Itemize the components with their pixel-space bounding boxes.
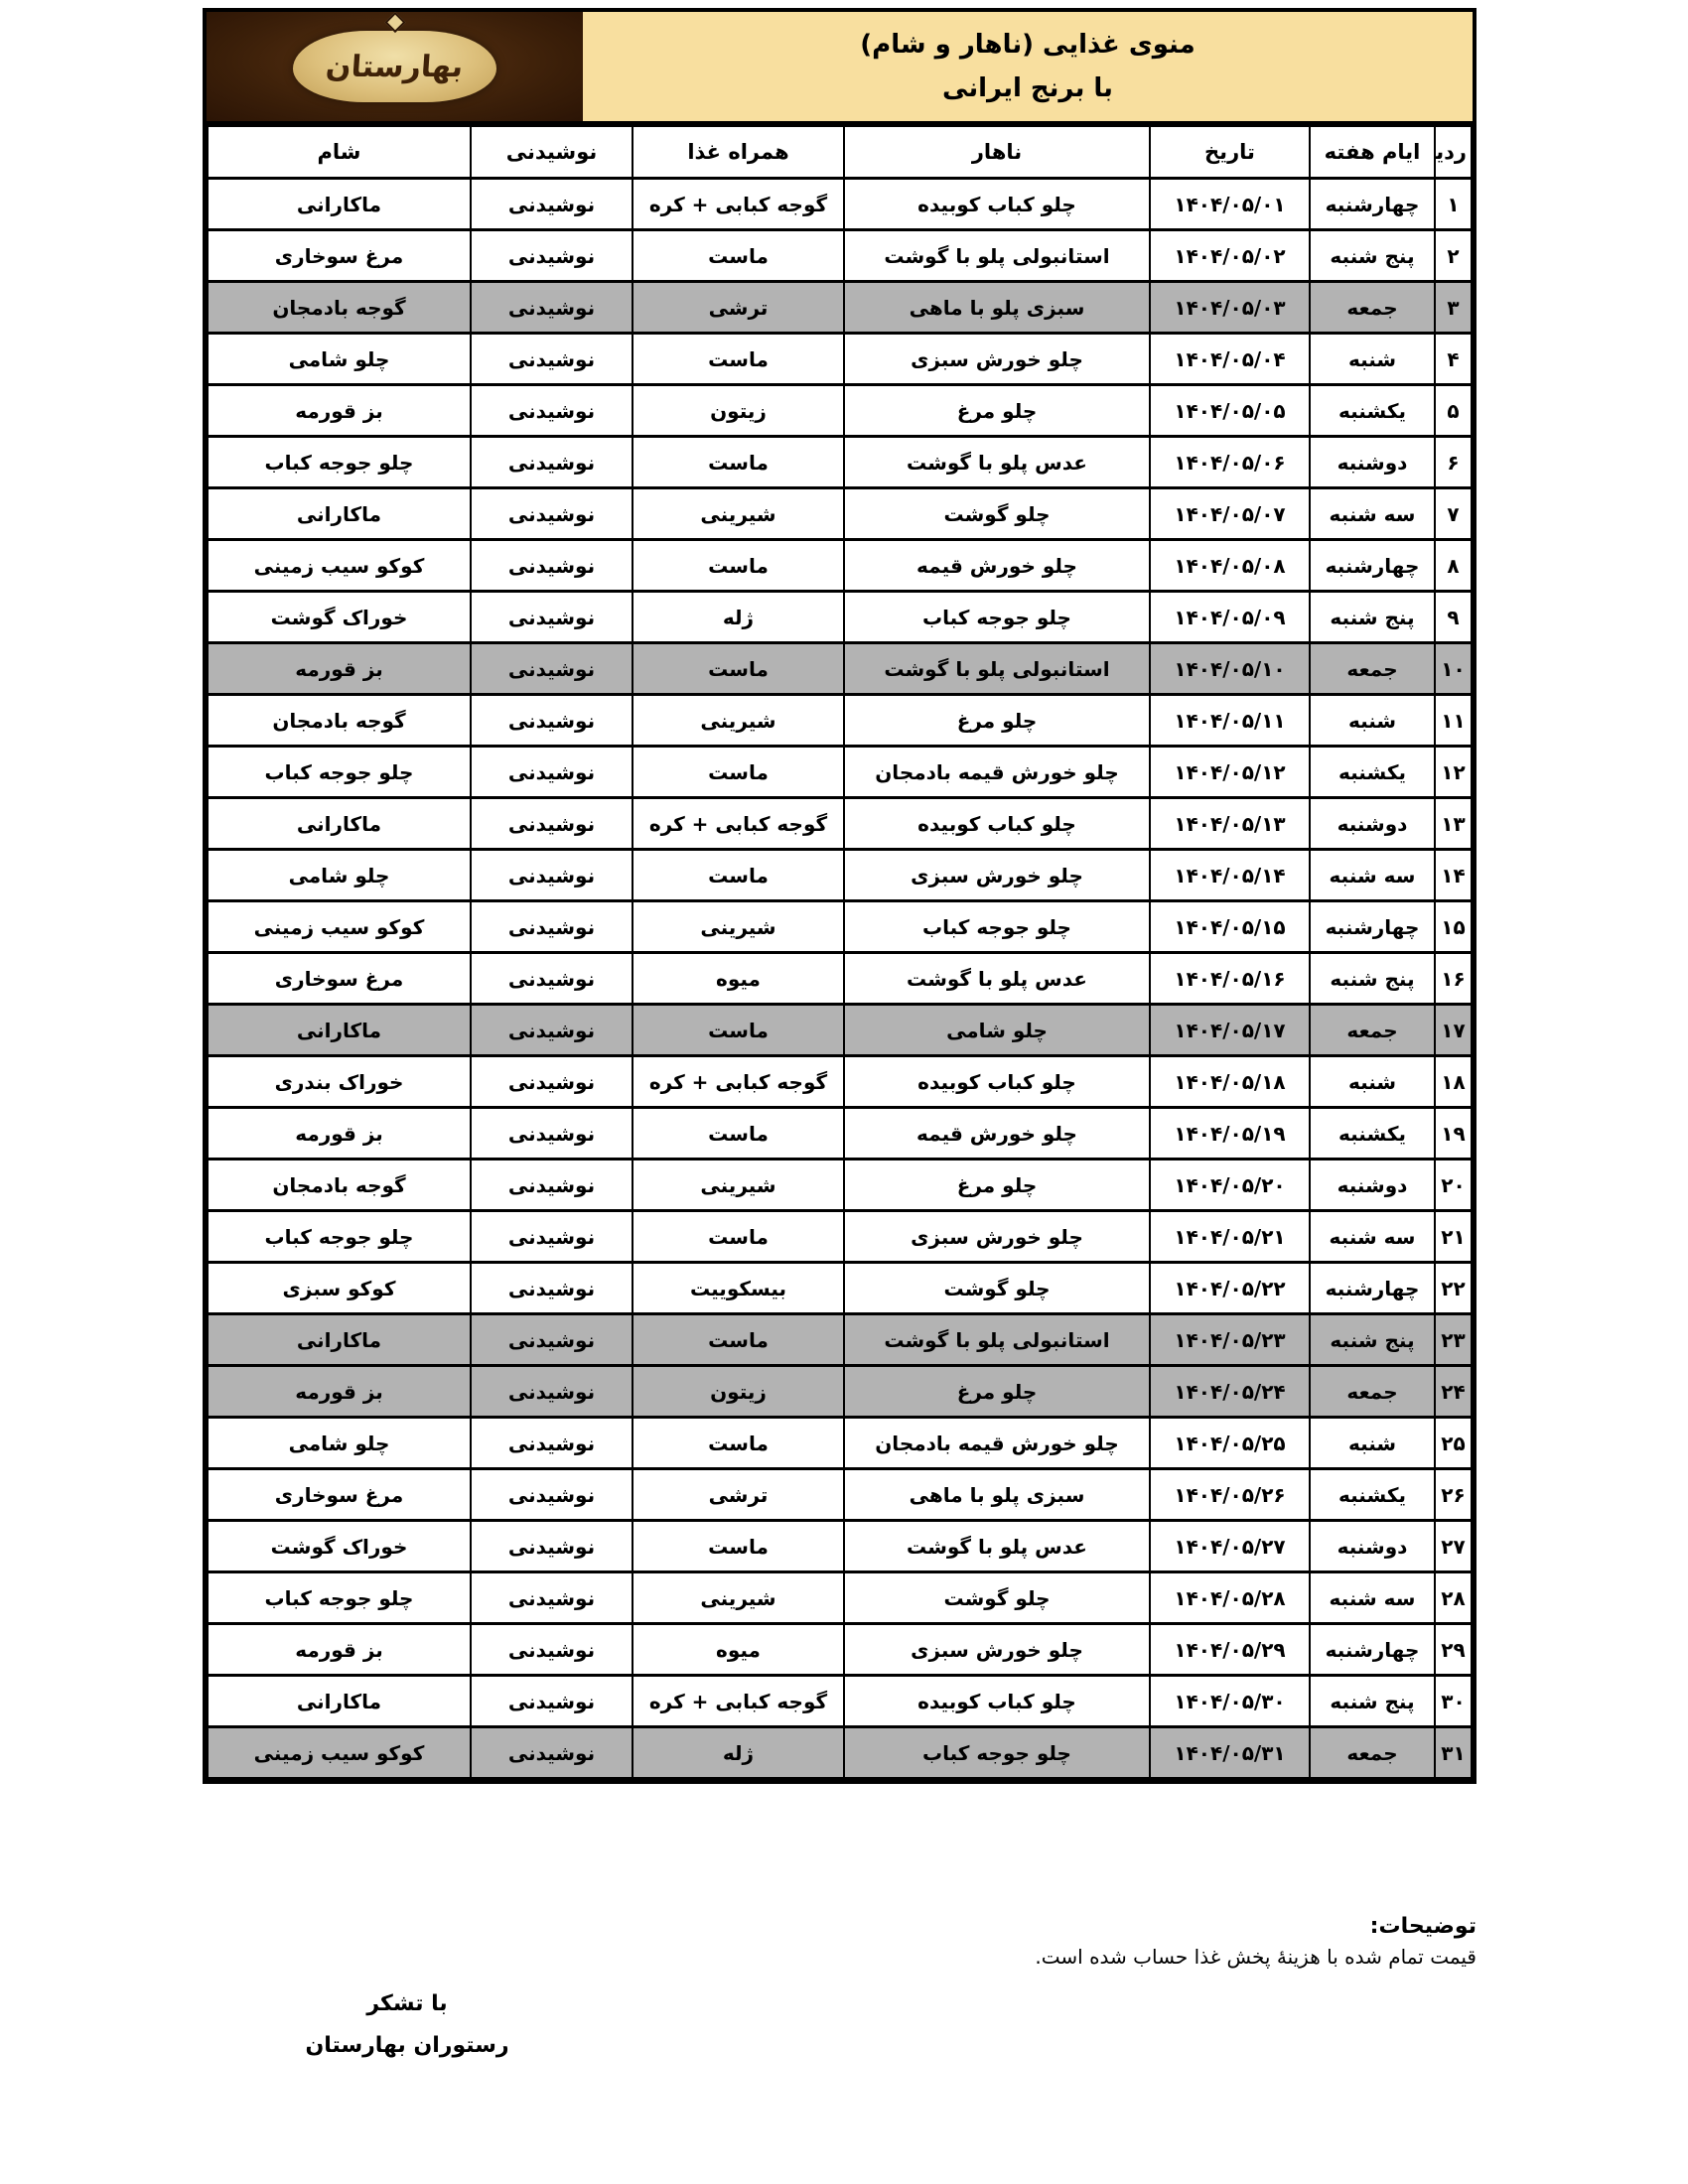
table-row: ۱۹ یکشنبه ۱۴۰۴/۰۵/۱۹ چلو خورش قیمه ماست …: [208, 1108, 1472, 1160]
col-header-lunch: ناهار: [844, 126, 1150, 179]
col-header-dinner: شام: [208, 126, 471, 179]
table-row: ۱۱ شنبه ۱۴۰۴/۰۵/۱۱ چلو مرغ شیرینی نوشیدن…: [208, 695, 1472, 747]
menu-title-line1: منوی غذایی (ناهار و شام): [860, 30, 1195, 60]
cell-drink: نوشیدنی: [471, 1572, 633, 1624]
cell-dinner: مرغ سوخاری: [208, 1469, 471, 1521]
cell-lunch: چلو خورش قیمه بادمجان: [844, 747, 1150, 798]
cell-weekday: پنج شنبه: [1310, 953, 1435, 1005]
col-header-weekday: ایام هفته: [1310, 126, 1435, 179]
table-row: ۲۷ دوشنبه ۱۴۰۴/۰۵/۲۷ عدس پلو با گوشت ماس…: [208, 1521, 1472, 1572]
cell-drink: نوشیدنی: [471, 592, 633, 643]
table-row: ۱۶ پنج شنبه ۱۴۰۴/۰۵/۱۶ عدس پلو با گوشت م…: [208, 953, 1472, 1005]
cell-row-number: ۶: [1435, 437, 1472, 488]
cell-row-number: ۷: [1435, 488, 1472, 540]
cell-lunch: چلو جوجه کباب: [844, 592, 1150, 643]
cell-date: ۱۴۰۴/۰۵/۲۸: [1150, 1572, 1310, 1624]
table-row: ۳۱ جمعه ۱۴۰۴/۰۵/۳۱ چلو جوجه کباب ژله نوش…: [208, 1727, 1472, 1779]
table-row: ۱ چهارشنبه ۱۴۰۴/۰۵/۰۱ چلو کباب کوبیده گو…: [208, 179, 1472, 230]
cell-side-dish: ماست: [633, 1521, 844, 1572]
cell-lunch: چلو خورش قیمه: [844, 540, 1150, 592]
cell-dinner: چلو جوجه کباب: [208, 1211, 471, 1263]
cell-dinner: کوکو سبزی: [208, 1263, 471, 1314]
cell-date: ۱۴۰۴/۰۵/۰۴: [1150, 334, 1310, 385]
table-row: ۲۱ سه شنبه ۱۴۰۴/۰۵/۲۱ چلو خورش سبزی ماست…: [208, 1211, 1472, 1263]
cell-side-dish: ماست: [633, 540, 844, 592]
cell-lunch: عدس پلو با گوشت: [844, 437, 1150, 488]
cell-date: ۱۴۰۴/۰۵/۱۶: [1150, 953, 1310, 1005]
menu-title: منوی غذایی (ناهار و شام) با برنج ایرانی: [583, 12, 1473, 121]
cell-lunch: چلو جوجه کباب: [844, 901, 1150, 953]
cell-date: ۱۴۰۴/۰۵/۲۳: [1150, 1314, 1310, 1366]
cell-lunch: چلو کباب کوبیده: [844, 179, 1150, 230]
cell-side-dish: شیرینی: [633, 695, 844, 747]
table-row: ۸ چهارشنبه ۱۴۰۴/۰۵/۰۸ چلو خورش قیمه ماست…: [208, 540, 1472, 592]
cell-side-dish: شیرینی: [633, 488, 844, 540]
cell-lunch: چلو مرغ: [844, 385, 1150, 437]
cell-dinner: بز قورمه: [208, 643, 471, 695]
cell-date: ۱۴۰۴/۰۵/۱۴: [1150, 850, 1310, 901]
cell-dinner: ماکارانی: [208, 179, 471, 230]
cell-lunch: چلو گوشت: [844, 1572, 1150, 1624]
cell-weekday: پنج شنبه: [1310, 592, 1435, 643]
cell-drink: نوشیدنی: [471, 1521, 633, 1572]
table-row: ۱۳ دوشنبه ۱۴۰۴/۰۵/۱۳ چلو کباب کوبیده گوج…: [208, 798, 1472, 850]
cell-drink: نوشیدنی: [471, 385, 633, 437]
cell-date: ۱۴۰۴/۰۵/۳۱: [1150, 1727, 1310, 1779]
cell-lunch: چلو خورش قیمه: [844, 1108, 1150, 1160]
cell-row-number: ۱۶: [1435, 953, 1472, 1005]
page: { "banner": { "title_line1": "منوی غذایی…: [0, 0, 1688, 2184]
cell-side-dish: ماست: [633, 747, 844, 798]
cell-drink: نوشیدنی: [471, 1676, 633, 1727]
cell-side-dish: ماست: [633, 1314, 844, 1366]
table-row: ۲۴ جمعه ۱۴۰۴/۰۵/۲۴ چلو مرغ زیتون نوشیدنی…: [208, 1366, 1472, 1418]
notes-label: توضیحات:: [1035, 1914, 1477, 1939]
cell-drink: نوشیدنی: [471, 643, 633, 695]
cell-lunch: چلو خورش قیمه بادمجان: [844, 1418, 1150, 1469]
menu-document: منوی غذایی (ناهار و شام) با برنج ایرانی …: [203, 8, 1477, 1784]
cell-weekday: پنج شنبه: [1310, 1314, 1435, 1366]
cell-dinner: ماکارانی: [208, 1314, 471, 1366]
cell-dinner: گوجه بادمجان: [208, 695, 471, 747]
cell-dinner: بز قورمه: [208, 1624, 471, 1676]
cell-dinner: کوکو سیب زمینی: [208, 1727, 471, 1779]
cell-dinner: بز قورمه: [208, 1366, 471, 1418]
cell-side-dish: ماست: [633, 230, 844, 282]
restaurant-logo: بهارستان: [207, 12, 583, 121]
cell-side-dish: ماست: [633, 1211, 844, 1263]
cell-side-dish: ترشی: [633, 282, 844, 334]
cell-drink: نوشیدنی: [471, 1727, 633, 1779]
cell-side-dish: شیرینی: [633, 1572, 844, 1624]
cell-date: ۱۴۰۴/۰۵/۳۰: [1150, 1676, 1310, 1727]
cell-weekday: چهارشنبه: [1310, 1624, 1435, 1676]
cell-weekday: جمعه: [1310, 1727, 1435, 1779]
table-row: ۲۳ پنج شنبه ۱۴۰۴/۰۵/۲۳ استانبولی پلو با …: [208, 1314, 1472, 1366]
cell-dinner: مرغ سوخاری: [208, 953, 471, 1005]
cell-date: ۱۴۰۴/۰۵/۲۷: [1150, 1521, 1310, 1572]
cell-lunch: چلو شامی: [844, 1005, 1150, 1056]
cell-weekday: پنج شنبه: [1310, 1676, 1435, 1727]
cell-row-number: ۱: [1435, 179, 1472, 230]
cell-side-dish: شیرینی: [633, 901, 844, 953]
cell-row-number: ۱۳: [1435, 798, 1472, 850]
cell-side-dish: زیتون: [633, 1366, 844, 1418]
cell-row-number: ۲۶: [1435, 1469, 1472, 1521]
cell-lunch: چلو گوشت: [844, 1263, 1150, 1314]
table-row: ۲۰ دوشنبه ۱۴۰۴/۰۵/۲۰ چلو مرغ شیرینی نوشی…: [208, 1160, 1472, 1211]
table-row: ۵ یکشنبه ۱۴۰۴/۰۵/۰۵ چلو مرغ زیتون نوشیدن…: [208, 385, 1472, 437]
cell-row-number: ۲۵: [1435, 1418, 1472, 1469]
cell-lunch: سبزی پلو با ماهی: [844, 1469, 1150, 1521]
table-row: ۲۸ سه شنبه ۱۴۰۴/۰۵/۲۸ چلو گوشت شیرینی نو…: [208, 1572, 1472, 1624]
cell-drink: نوشیدنی: [471, 1211, 633, 1263]
cell-weekday: دوشنبه: [1310, 437, 1435, 488]
cell-dinner: کوکو سیب زمینی: [208, 540, 471, 592]
cell-dinner: گوجه بادمجان: [208, 282, 471, 334]
cell-row-number: ۵: [1435, 385, 1472, 437]
cell-dinner: خوراک گوشت: [208, 592, 471, 643]
cell-drink: نوشیدنی: [471, 901, 633, 953]
cell-date: ۱۴۰۴/۰۵/۰۵: [1150, 385, 1310, 437]
table-row: ۲۹ چهارشنبه ۱۴۰۴/۰۵/۲۹ چلو خورش سبزی میو…: [208, 1624, 1472, 1676]
cell-dinner: ماکارانی: [208, 798, 471, 850]
cell-row-number: ۲: [1435, 230, 1472, 282]
cell-dinner: ماکارانی: [208, 488, 471, 540]
cell-lunch: چلو گوشت: [844, 488, 1150, 540]
cell-date: ۱۴۰۴/۰۵/۰۲: [1150, 230, 1310, 282]
cell-date: ۱۴۰۴/۰۵/۰۸: [1150, 540, 1310, 592]
cell-side-dish: ژله: [633, 1727, 844, 1779]
cell-lunch: سبزی پلو با ماهی: [844, 282, 1150, 334]
cell-dinner: مرغ سوخاری: [208, 230, 471, 282]
cell-date: ۱۴۰۴/۰۵/۲۴: [1150, 1366, 1310, 1418]
cell-dinner: چلو جوجه کباب: [208, 747, 471, 798]
cell-weekday: چهارشنبه: [1310, 1263, 1435, 1314]
cell-dinner: چلو شامی: [208, 850, 471, 901]
cell-date: ۱۴۰۴/۰۵/۰۶: [1150, 437, 1310, 488]
cell-lunch: چلو مرغ: [844, 1366, 1150, 1418]
cell-drink: نوشیدنی: [471, 334, 633, 385]
cell-date: ۱۴۰۴/۰۵/۱۹: [1150, 1108, 1310, 1160]
col-header-row-number: ردیف: [1435, 126, 1472, 179]
cell-side-dish: ماست: [633, 643, 844, 695]
cell-drink: نوشیدنی: [471, 540, 633, 592]
cell-side-dish: زیتون: [633, 385, 844, 437]
cell-drink: نوشیدنی: [471, 230, 633, 282]
table-row: ۳۰ پنج شنبه ۱۴۰۴/۰۵/۳۰ چلو کباب کوبیده گ…: [208, 1676, 1472, 1727]
cell-drink: نوشیدنی: [471, 1005, 633, 1056]
cell-drink: نوشیدنی: [471, 1160, 633, 1211]
cell-drink: نوشیدنی: [471, 1108, 633, 1160]
cell-row-number: ۲۴: [1435, 1366, 1472, 1418]
cell-date: ۱۴۰۴/۰۵/۲۹: [1150, 1624, 1310, 1676]
cell-weekday: جمعه: [1310, 282, 1435, 334]
cell-side-dish: گوجه کبابی + کره: [633, 798, 844, 850]
cell-dinner: بز قورمه: [208, 1108, 471, 1160]
cell-drink: نوشیدنی: [471, 1366, 633, 1418]
cell-date: ۱۴۰۴/۰۵/۱۵: [1150, 901, 1310, 953]
cell-drink: نوشیدنی: [471, 1624, 633, 1676]
cell-side-dish: گوجه کبابی + کره: [633, 179, 844, 230]
table-row: ۴ شنبه ۱۴۰۴/۰۵/۰۴ چلو خورش سبزی ماست نوش…: [208, 334, 1472, 385]
cell-date: ۱۴۰۴/۰۵/۲۱: [1150, 1211, 1310, 1263]
cell-weekday: شنبه: [1310, 695, 1435, 747]
cell-lunch: استانبولی پلو با گوشت: [844, 643, 1150, 695]
cell-date: ۱۴۰۴/۰۵/۲۵: [1150, 1418, 1310, 1469]
cell-weekday: سه شنبه: [1310, 850, 1435, 901]
restaurant-name: رستوران بهارستان: [288, 2025, 526, 2067]
table-row: ۱۲ یکشنبه ۱۴۰۴/۰۵/۱۲ چلو خورش قیمه بادمج…: [208, 747, 1472, 798]
cell-date: ۱۴۰۴/۰۵/۰۱: [1150, 179, 1310, 230]
cell-side-dish: ژله: [633, 592, 844, 643]
cell-drink: نوشیدنی: [471, 1314, 633, 1366]
cell-lunch: چلو کباب کوبیده: [844, 1676, 1150, 1727]
cell-drink: نوشیدنی: [471, 437, 633, 488]
cell-row-number: ۳۰: [1435, 1676, 1472, 1727]
table-row: ۱۸ شنبه ۱۴۰۴/۰۵/۱۸ چلو کباب کوبیده گوجه …: [208, 1056, 1472, 1108]
cell-drink: نوشیدنی: [471, 1418, 633, 1469]
cell-row-number: ۲۸: [1435, 1572, 1472, 1624]
cell-date: ۱۴۰۴/۰۵/۲۲: [1150, 1263, 1310, 1314]
cell-date: ۱۴۰۴/۰۵/۰۹: [1150, 592, 1310, 643]
logo-text: بهارستان: [325, 50, 465, 84]
cell-row-number: ۱۲: [1435, 747, 1472, 798]
cell-weekday: دوشنبه: [1310, 1521, 1435, 1572]
cell-lunch: چلو خورش سبزی: [844, 1624, 1150, 1676]
menu-table: ردیف ایام هفته تاریخ ناهار همراه غذا نوش…: [207, 124, 1473, 1780]
cell-weekday: جمعه: [1310, 1005, 1435, 1056]
cell-row-number: ۱۹: [1435, 1108, 1472, 1160]
cell-dinner: چلو شامی: [208, 334, 471, 385]
cell-drink: نوشیدنی: [471, 695, 633, 747]
cell-weekday: چهارشنبه: [1310, 540, 1435, 592]
cell-dinner: کوکو سیب زمینی: [208, 901, 471, 953]
table-row: ۳ جمعه ۱۴۰۴/۰۵/۰۳ سبزی پلو با ماهی ترشی …: [208, 282, 1472, 334]
cell-weekday: پنج شنبه: [1310, 230, 1435, 282]
cell-dinner: گوجه بادمجان: [208, 1160, 471, 1211]
table-row: ۲ پنج شنبه ۱۴۰۴/۰۵/۰۲ استانبولی پلو با گ…: [208, 230, 1472, 282]
cell-date: ۱۴۰۴/۰۵/۱۰: [1150, 643, 1310, 695]
cell-weekday: یکشنبه: [1310, 1469, 1435, 1521]
signature-block: با تشکر رستوران بهارستان: [288, 1983, 526, 2067]
cell-row-number: ۱۰: [1435, 643, 1472, 695]
cell-drink: نوشیدنی: [471, 747, 633, 798]
cell-side-dish: ماست: [633, 850, 844, 901]
cell-weekday: دوشنبه: [1310, 798, 1435, 850]
cell-weekday: یکشنبه: [1310, 385, 1435, 437]
cell-side-dish: ماست: [633, 1108, 844, 1160]
cell-dinner: چلو جوجه کباب: [208, 1572, 471, 1624]
cell-date: ۱۴۰۴/۰۵/۱۱: [1150, 695, 1310, 747]
cell-lunch: چلو خورش سبزی: [844, 334, 1150, 385]
cell-lunch: چلو خورش سبزی: [844, 1211, 1150, 1263]
cell-side-dish: ماست: [633, 437, 844, 488]
cell-row-number: ۱۱: [1435, 695, 1472, 747]
cell-dinner: بز قورمه: [208, 385, 471, 437]
cell-lunch: چلو کباب کوبیده: [844, 1056, 1150, 1108]
cell-side-dish: ترشی: [633, 1469, 844, 1521]
cell-side-dish: میوه: [633, 1624, 844, 1676]
cell-side-dish: شیرینی: [633, 1160, 844, 1211]
header-row: ردیف ایام هفته تاریخ ناهار همراه غذا نوش…: [208, 126, 1472, 179]
cell-weekday: جمعه: [1310, 643, 1435, 695]
cell-side-dish: گوجه کبابی + کره: [633, 1676, 844, 1727]
cell-side-dish: ماست: [633, 1005, 844, 1056]
cell-drink: نوشیدنی: [471, 798, 633, 850]
table-row: ۱۰ جمعه ۱۴۰۴/۰۵/۱۰ استانبولی پلو با گوشت…: [208, 643, 1472, 695]
cell-dinner: ماکارانی: [208, 1005, 471, 1056]
cell-drink: نوشیدنی: [471, 1263, 633, 1314]
table-row: ۲۲ چهارشنبه ۱۴۰۴/۰۵/۲۲ چلو گوشت بیسکوییت…: [208, 1263, 1472, 1314]
cell-weekday: سه شنبه: [1310, 1572, 1435, 1624]
cell-weekday: شنبه: [1310, 1056, 1435, 1108]
cell-weekday: شنبه: [1310, 1418, 1435, 1469]
cell-row-number: ۱۴: [1435, 850, 1472, 901]
cell-side-dish: گوجه کبابی + کره: [633, 1056, 844, 1108]
table-row: ۲۵ شنبه ۱۴۰۴/۰۵/۲۵ چلو خورش قیمه بادمجان…: [208, 1418, 1472, 1469]
cell-weekday: سه شنبه: [1310, 488, 1435, 540]
cell-drink: نوشیدنی: [471, 488, 633, 540]
cell-row-number: ۲۹: [1435, 1624, 1472, 1676]
cell-lunch: چلو کباب کوبیده: [844, 798, 1150, 850]
cell-row-number: ۲۷: [1435, 1521, 1472, 1572]
cell-row-number: ۳۱: [1435, 1727, 1472, 1779]
cell-lunch: چلو مرغ: [844, 1160, 1150, 1211]
cell-dinner: چلو شامی: [208, 1418, 471, 1469]
cell-row-number: ۲۱: [1435, 1211, 1472, 1263]
cell-date: ۱۴۰۴/۰۵/۱۸: [1150, 1056, 1310, 1108]
cell-row-number: ۱۵: [1435, 901, 1472, 953]
cell-drink: نوشیدنی: [471, 850, 633, 901]
cell-row-number: ۲۳: [1435, 1314, 1472, 1366]
cell-drink: نوشیدنی: [471, 953, 633, 1005]
cell-row-number: ۹: [1435, 592, 1472, 643]
cell-weekday: سه شنبه: [1310, 1211, 1435, 1263]
cell-date: ۱۴۰۴/۰۵/۰۷: [1150, 488, 1310, 540]
cell-date: ۱۴۰۴/۰۵/۱۲: [1150, 747, 1310, 798]
table-row: ۱۵ چهارشنبه ۱۴۰۴/۰۵/۱۵ چلو جوجه کباب شیر…: [208, 901, 1472, 953]
cell-lunch: عدس پلو با گوشت: [844, 953, 1150, 1005]
cell-lunch: استانبولی پلو با گوشت: [844, 230, 1150, 282]
cell-side-dish: بیسکوییت: [633, 1263, 844, 1314]
banner: منوی غذایی (ناهار و شام) با برنج ایرانی …: [207, 12, 1473, 124]
cell-date: ۱۴۰۴/۰۵/۲۰: [1150, 1160, 1310, 1211]
notes-section: توضیحات: قیمت تمام شده با هزینهٔ پخش غذا…: [1035, 1914, 1477, 1969]
table-row: ۷ سه شنبه ۱۴۰۴/۰۵/۰۷ چلو گوشت شیرینی نوش…: [208, 488, 1472, 540]
cell-weekday: یکشنبه: [1310, 747, 1435, 798]
cell-dinner: خوراک بندری: [208, 1056, 471, 1108]
table-row: ۶ دوشنبه ۱۴۰۴/۰۵/۰۶ عدس پلو با گوشت ماست…: [208, 437, 1472, 488]
col-header-drink: نوشیدنی: [471, 126, 633, 179]
col-header-date: تاریخ: [1150, 126, 1310, 179]
cell-weekday: شنبه: [1310, 334, 1435, 385]
table-row: ۲۶ یکشنبه ۱۴۰۴/۰۵/۲۶ سبزی پلو با ماهی تر…: [208, 1469, 1472, 1521]
cell-row-number: ۲۲: [1435, 1263, 1472, 1314]
table-row: ۱۷ جمعه ۱۴۰۴/۰۵/۱۷ چلو شامی ماست نوشیدنی…: [208, 1005, 1472, 1056]
cell-weekday: جمعه: [1310, 1366, 1435, 1418]
cell-date: ۱۴۰۴/۰۵/۲۶: [1150, 1469, 1310, 1521]
cell-drink: نوشیدنی: [471, 179, 633, 230]
logo-diamond-icon: [384, 12, 405, 33]
cell-lunch: چلو جوجه کباب: [844, 1727, 1150, 1779]
table-row: ۹ پنج شنبه ۱۴۰۴/۰۵/۰۹ چلو جوجه کباب ژله …: [208, 592, 1472, 643]
cell-date: ۱۴۰۴/۰۵/۱۳: [1150, 798, 1310, 850]
cell-row-number: ۸: [1435, 540, 1472, 592]
cell-date: ۱۴۰۴/۰۵/۰۳: [1150, 282, 1310, 334]
cell-dinner: چلو جوجه کباب: [208, 437, 471, 488]
cell-lunch: چلو خورش سبزی: [844, 850, 1150, 901]
cell-weekday: دوشنبه: [1310, 1160, 1435, 1211]
cell-dinner: ماکارانی: [208, 1676, 471, 1727]
thanks-text: با تشکر: [288, 1983, 526, 2025]
cell-weekday: چهارشنبه: [1310, 901, 1435, 953]
menu-title-line2: با برنج ایرانی: [942, 73, 1113, 103]
cell-drink: نوشیدنی: [471, 1056, 633, 1108]
note-text: قیمت تمام شده با هزینهٔ پخش غذا حساب شده…: [1035, 1945, 1477, 1969]
cell-side-dish: ماست: [633, 334, 844, 385]
cell-row-number: ۴: [1435, 334, 1472, 385]
cell-weekday: یکشنبه: [1310, 1108, 1435, 1160]
cell-lunch: استانبولی پلو با گوشت: [844, 1314, 1150, 1366]
cell-side-dish: میوه: [633, 953, 844, 1005]
col-header-side-dish: همراه غذا: [633, 126, 844, 179]
cell-weekday: چهارشنبه: [1310, 179, 1435, 230]
cell-row-number: ۱۸: [1435, 1056, 1472, 1108]
cell-row-number: ۲۰: [1435, 1160, 1472, 1211]
cell-lunch: عدس پلو با گوشت: [844, 1521, 1150, 1572]
logo-medallion: بهارستان: [293, 31, 496, 102]
cell-side-dish: ماست: [633, 1418, 844, 1469]
cell-date: ۱۴۰۴/۰۵/۱۷: [1150, 1005, 1310, 1056]
cell-drink: نوشیدنی: [471, 1469, 633, 1521]
cell-dinner: خوراک گوشت: [208, 1521, 471, 1572]
cell-row-number: ۱۷: [1435, 1005, 1472, 1056]
cell-drink: نوشیدنی: [471, 282, 633, 334]
cell-lunch: چلو مرغ: [844, 695, 1150, 747]
cell-row-number: ۳: [1435, 282, 1472, 334]
table-row: ۱۴ سه شنبه ۱۴۰۴/۰۵/۱۴ چلو خورش سبزی ماست…: [208, 850, 1472, 901]
